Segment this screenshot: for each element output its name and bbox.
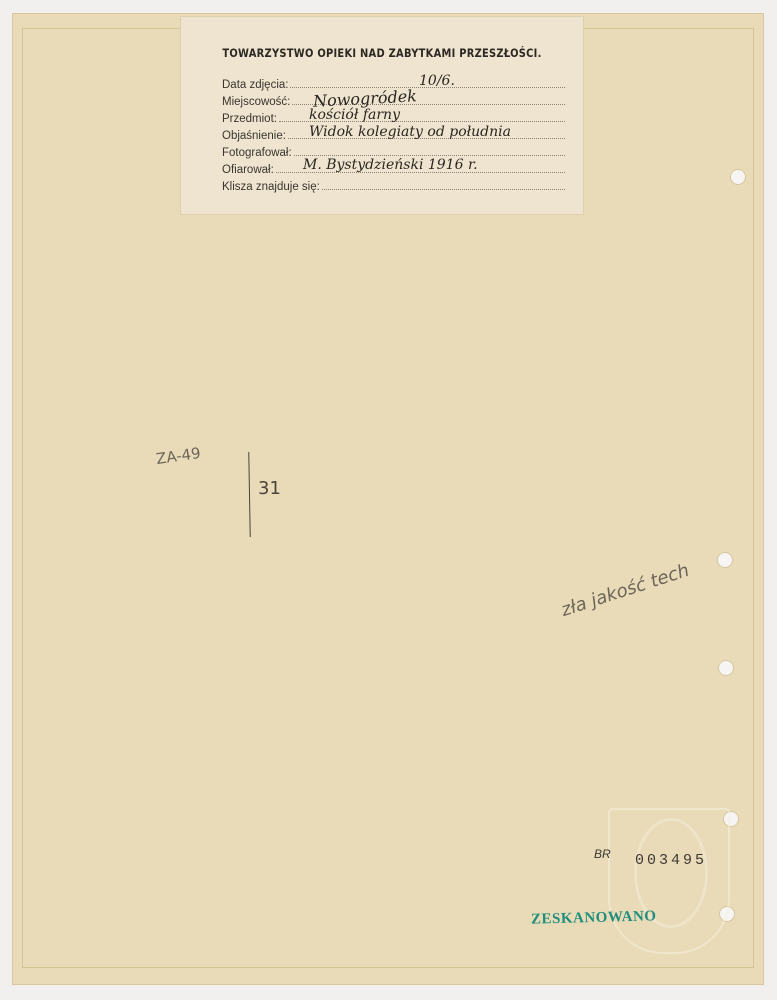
handwritten-description: Widok kolegiaty od południa bbox=[309, 124, 511, 140]
label-title: TOWARZYSTWO OPIEKI NAD ZABYTKAMI PRZESZŁ… bbox=[209, 46, 555, 60]
handwritten-subject: kościół farny bbox=[309, 107, 400, 123]
binder-hole bbox=[719, 661, 733, 675]
binder-hole bbox=[731, 170, 745, 184]
society-label: TOWARZYSTWO OPIEKI NAD ZABYTKAMI PRZESZŁ… bbox=[180, 16, 584, 215]
inventory-prefix: BR bbox=[594, 847, 611, 861]
field-label: Fotografował: bbox=[222, 147, 292, 159]
field-label: Data zdjęcia: bbox=[222, 79, 288, 91]
scanned-stamp: ZESKANOWANO bbox=[531, 908, 657, 928]
field-label: Przedmiot: bbox=[222, 113, 277, 125]
field-label: Klisza znajduje się: bbox=[222, 181, 320, 193]
field-label: Miejscowość: bbox=[222, 96, 290, 108]
handwritten-donor: M. Bystydzieński 1916 r. bbox=[303, 157, 478, 173]
item-number: 31 bbox=[258, 478, 281, 499]
inventory-number: 003495 bbox=[635, 852, 707, 869]
field-label: Objaśnienie: bbox=[222, 130, 286, 142]
field-label: Ofiarował: bbox=[222, 164, 274, 176]
binder-hole bbox=[718, 553, 732, 567]
library-watermark-icon bbox=[608, 808, 730, 954]
handwritten-date: 10/6. bbox=[419, 73, 455, 89]
field-negative-location: Klisza znajduje się: bbox=[222, 177, 565, 193]
